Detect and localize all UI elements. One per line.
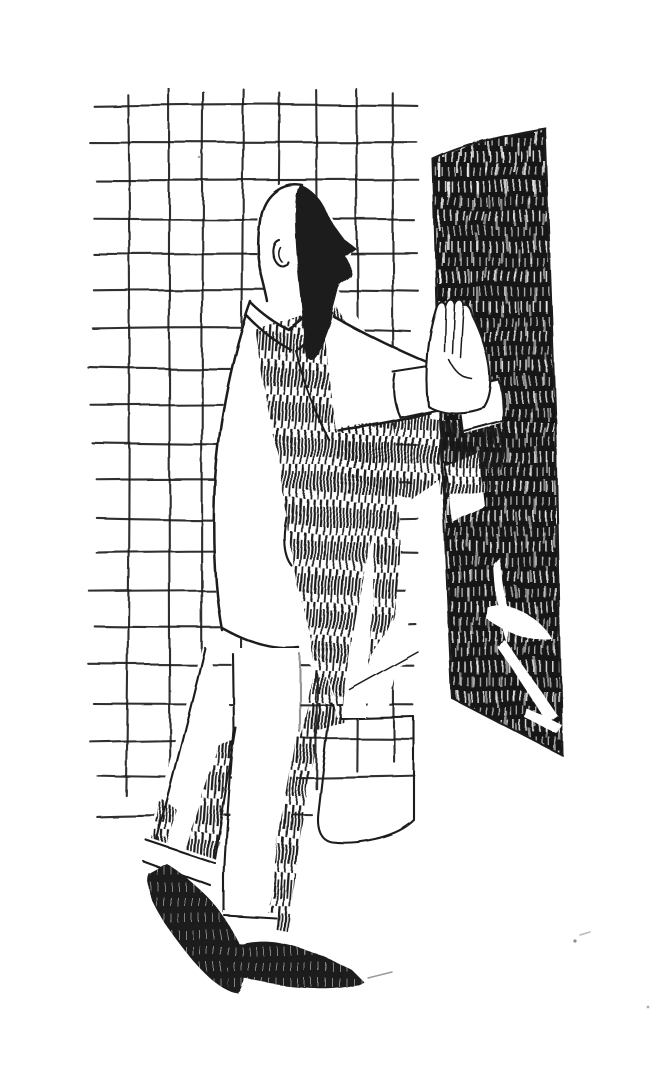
illustration: Black-and-white pen-and-ink drawing of a… [0, 0, 660, 1080]
illustration-canvas: Black-and-white pen-and-ink drawing of a… [0, 0, 660, 1080]
